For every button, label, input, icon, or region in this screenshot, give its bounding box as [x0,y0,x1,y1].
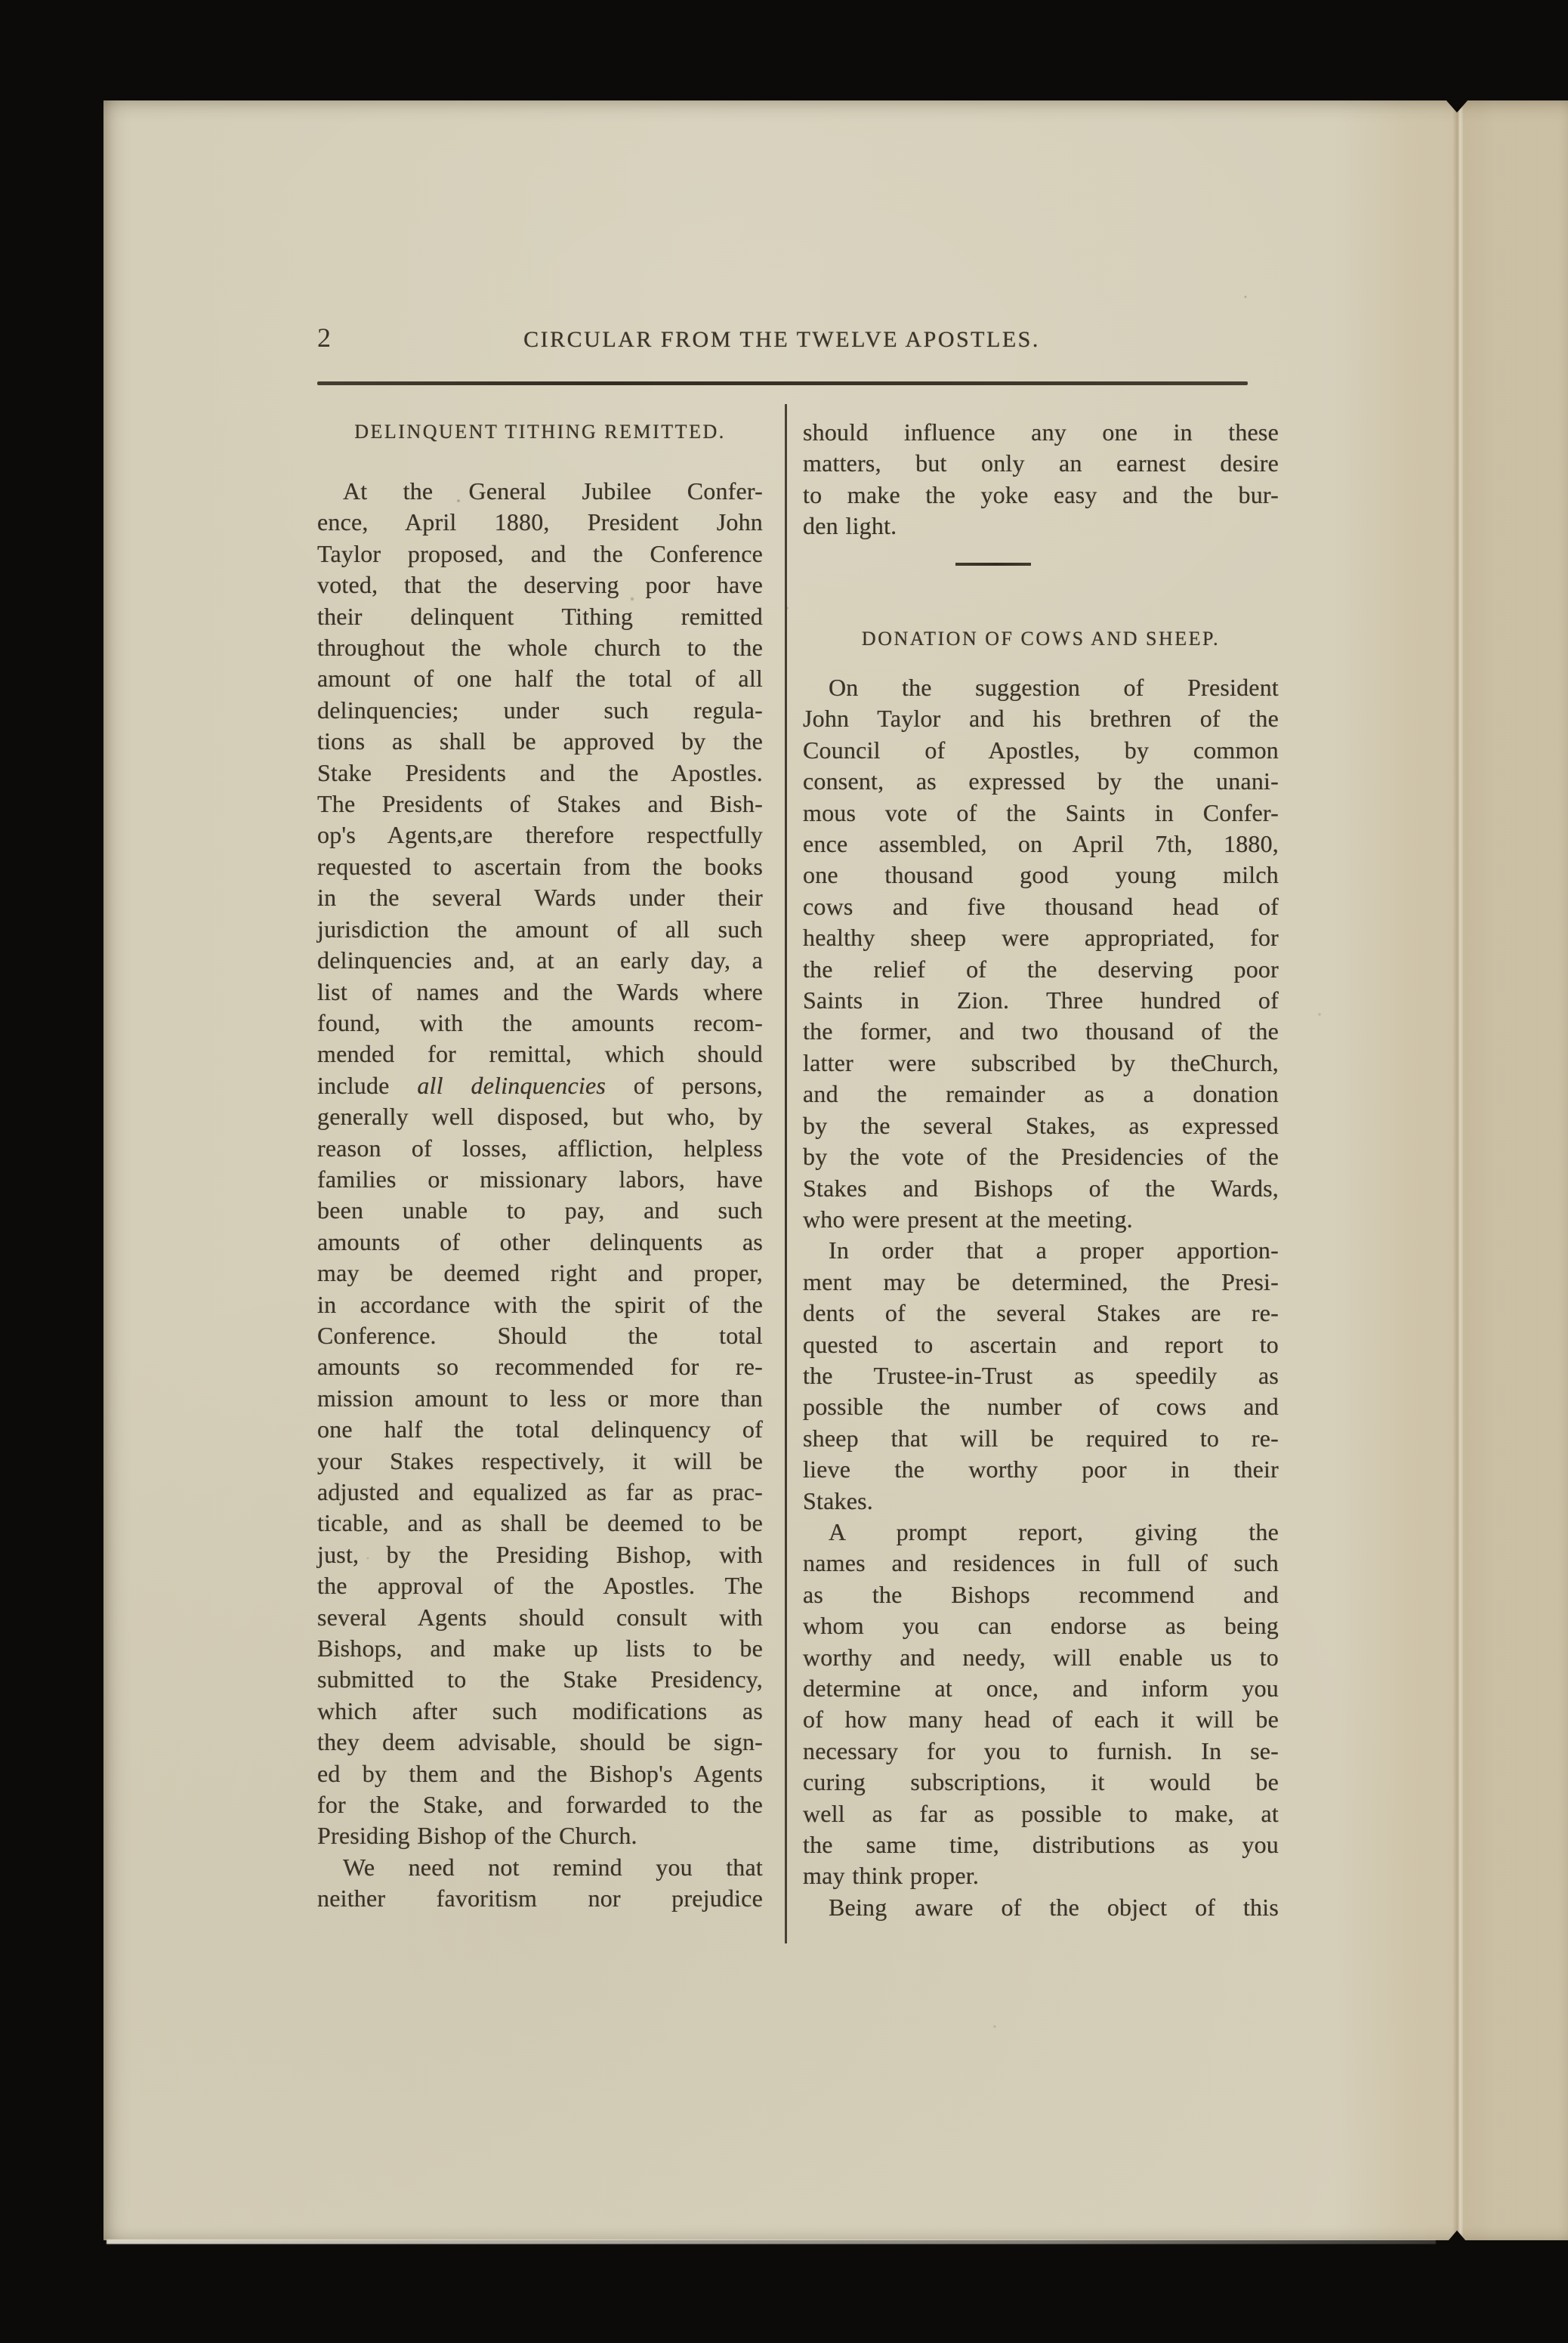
text-line: op's Agents,are therefore respectfully [317,820,763,850]
text-line: one thousand good young milch [803,860,1279,891]
text-line: which after such modifications as [317,1696,763,1727]
text-line: several Agents should consult with [317,1602,763,1633]
text-line: who were present at the meeting. [803,1204,1279,1235]
text-line: their delinquent Tithing remitted [317,601,763,632]
text-line: tions as shall be approved by the [317,726,763,757]
text-line: ment may be determined, the Presi- [803,1267,1279,1298]
text-line: necessary for you to furnish. In se- [803,1736,1279,1767]
text-line: whom you can endorse as being [803,1610,1279,1641]
scanned-page: 2 CIRCULAR FROM THE TWELVE APOSTLES. DEL… [103,100,1568,2240]
text-line: dents of the several Stakes are re- [803,1298,1279,1329]
text-line: families or missionary labors, have [317,1164,763,1195]
text-line: just, by the Presiding Bishop, with [317,1539,763,1570]
text-line: delinquencies and, at an early day, a [317,945,763,976]
text-line: to make the yoke easy and the bur- [803,480,1279,511]
text-line: Being aware of the object of this [803,1892,1279,1923]
text-line: determine at once, and inform you [803,1673,1279,1704]
page-gutter-crease [1452,100,1463,2240]
gutter-notch-top [1446,100,1468,113]
text-line: should influence any one in these [803,417,1279,448]
text-line: Council of Apostles, by common [803,735,1279,766]
text-line: delinquencies; under such regula- [317,695,763,726]
text-line: one half the total delinquency of [317,1414,763,1445]
text-line: neither favoritism nor prejudice [317,1883,763,1914]
section-heading-donation-cows-sheep: DONATION OF COWS AND SHEEP. [803,627,1279,650]
text-line: by the several Stakes, as expressed [803,1110,1279,1141]
right-column-body: On the suggestion of PresidentJohn Taylo… [803,672,1279,1923]
text-line: Stake Presidents and the Apostles. [317,758,763,789]
text-line: adjusted and equalized as far as prac- [317,1477,763,1508]
text-line: mission amount to less or more than [317,1383,763,1414]
scan-background: { "document": { "page_number": "2", "run… [0,0,1568,2343]
text-line: well as far as possible to make, at [803,1798,1279,1829]
text-line: generally well disposed, but who, by [317,1101,763,1132]
header-rule [317,381,1248,385]
text-line: worthy and needy, will enable us to [803,1642,1279,1673]
text-line: the same time, distributions as you [803,1829,1279,1860]
text-line: the relief of the deserving poor [803,954,1279,985]
text-line: mended for remittal, which should [317,1039,763,1070]
text-line: lieve the worthy poor in their [803,1454,1279,1485]
left-column-body: At the General Jubilee Confer-ence, Apri… [317,476,763,1915]
text-line: sheep that will be required to re- [803,1423,1279,1454]
text-line: amounts of other delinquents as [317,1227,763,1258]
text-line: include all delinquencies of persons, [317,1070,763,1101]
text-line: The Presidents of Stakes and Bish- [317,789,763,820]
text-line: your Stakes respectively, it will be [317,1446,763,1477]
next-page-edge [1463,100,1568,2240]
text-line: healthy sheep were appropriated, for [803,922,1279,953]
text-line: jurisdiction the amount of all such [317,914,763,945]
text-line: quested to ascertain and report to [803,1329,1279,1360]
text-line: ence, April 1880, President John [317,507,763,538]
text-line: On the suggestion of President [803,672,1279,703]
text-line: the Trustee-in-Trust as speedily as [803,1360,1279,1391]
text-line: and the remainder as a donation [803,1079,1279,1110]
text-line: found, with the amounts recom- [317,1008,763,1039]
text-line: We need not remind you that [317,1852,763,1883]
text-line: for the Stake, and forwarded to the [317,1789,763,1820]
text-line: throughout the whole church to the [317,632,763,663]
text-line: in the several Wards under their [317,882,763,913]
text-line: Bishops, and make up lists to be [317,1633,763,1664]
text-line: possible the number of cows and [803,1391,1279,1422]
text-line: reason of losses, affliction, helpless [317,1133,763,1164]
text-line: den light. [803,511,1279,542]
gutter-notch-bottom [1448,2230,1466,2241]
right-column-continuation: should influence any one in thesematters… [803,417,1279,542]
text-line: the approval of the Apostles. The [317,1570,763,1601]
text-line: ed by them and the Bishop's Agents [317,1758,763,1789]
text-line: mous vote of the Saints in Confer- [803,798,1279,829]
text-line: submitted to the Stake Presidency, [317,1664,763,1695]
text-line: names and residences in full of such [803,1548,1279,1579]
text-line: may think proper. [803,1860,1279,1891]
text-line: been unable to pay, and such [317,1195,763,1226]
text-line: In order that a proper apportion- [803,1235,1279,1266]
text-line: as the Bishops recommend and [803,1579,1279,1610]
text-line: John Taylor and his brethren of the [803,703,1279,734]
page-bottom-edge-highlight [106,2240,1436,2244]
text-line: A prompt report, giving the [803,1517,1279,1548]
running-header-title: CIRCULAR FROM THE TWELVE APOSTLES. [317,329,1246,351]
text-line: they deem advisable, should be sign- [317,1727,763,1758]
text-line: Presiding Bishop of the Church. [317,1820,763,1851]
text-line: At the General Jubilee Confer- [317,476,763,507]
text-line: latter were subscribed by theChurch, [803,1048,1279,1079]
text-line: by the vote of the Presidencies of the [803,1141,1279,1172]
text-line: ence assembled, on April 7th, 1880, [803,829,1279,860]
text-line: Stakes and Bishops of the Wards, [803,1173,1279,1204]
text-line: may be deemed right and proper, [317,1258,763,1289]
text-line: Conference. Should the total [317,1320,763,1351]
text-line: amount of one half the total of all [317,663,763,694]
text-line: ticable, and as shall be deemed to be [317,1508,763,1539]
text-line: Saints in Zion. Three hundred of [803,985,1279,1016]
column-divider-rule [785,404,787,1943]
text-line: cows and five thousand head of [803,891,1279,922]
text-line: curing subscriptions, it would be [803,1767,1279,1798]
text-line: requested to ascertain from the books [317,851,763,882]
text-line: in accordance with the spirit of the [317,1289,763,1320]
section-heading-delinquent-tithing: DELINQUENT TITHING REMITTED. [317,420,763,443]
text-line: Taylor proposed, and the Conference [317,539,763,570]
text-line: amounts so recommended for re- [317,1351,763,1382]
text-line: of how many head of each it will be [803,1704,1279,1735]
text-line: matters, but only an earnest desire [803,448,1279,479]
text-line: voted, that the deserving poor have [317,570,763,600]
section-separator-rule [955,563,1031,566]
text-line: consent, as expressed by the unani- [803,766,1279,797]
text-line: list of names and the Wards where [317,977,763,1008]
text-line: Stakes. [803,1486,1279,1517]
text-line: the former, and two thousand of the [803,1016,1279,1047]
